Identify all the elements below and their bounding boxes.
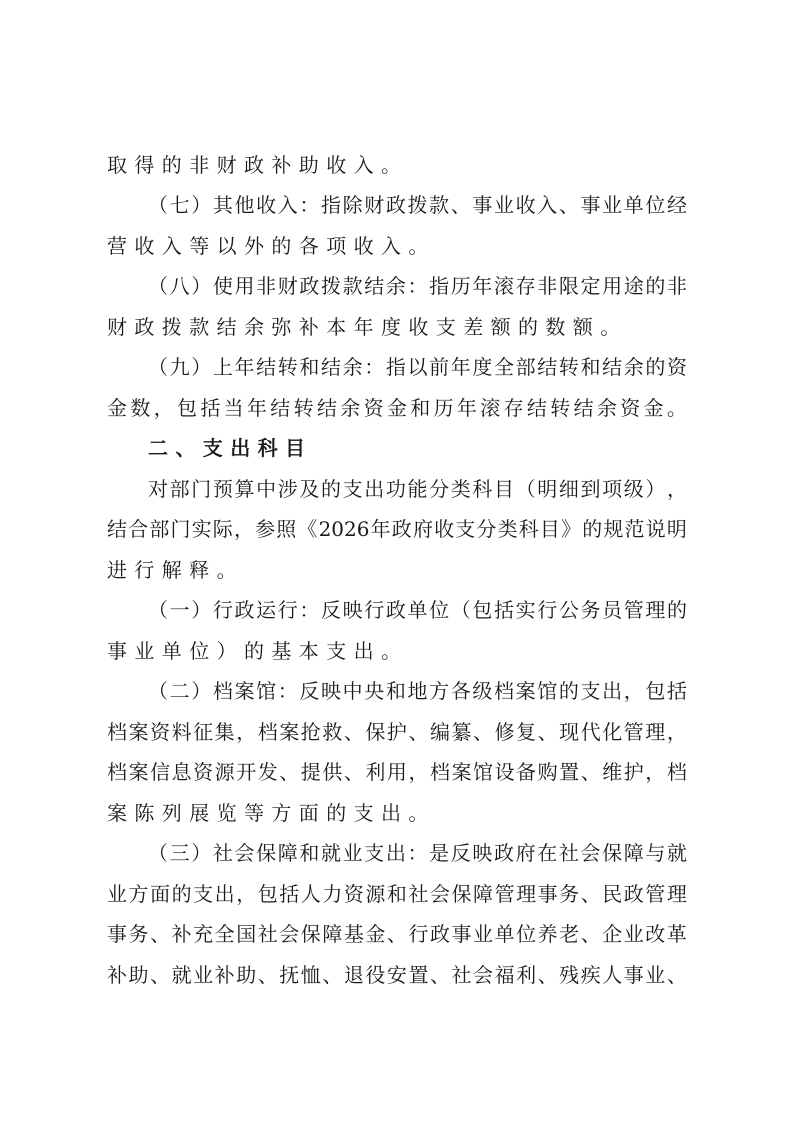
paragraph-line: 对部门预算中涉及的支出功能分类科目（明细到项级）， bbox=[148, 475, 687, 503]
document-page: 取得的非财政补助收入。 （七）其他收入：指除财政拨款、事业收入、事业单位经 营收… bbox=[0, 0, 793, 1122]
paragraph-line: 财政拨款结余弥补本年度收支差额的数额。 bbox=[107, 313, 687, 341]
paragraph-line: （八）使用非财政拨款结余：指历年滚存非限定用途的非 bbox=[148, 272, 687, 300]
paragraph-line: 补助、就业补助、抚恤、退役安置、社会福利、残疾人事业、 bbox=[107, 961, 687, 989]
paragraph-line: （九）上年结转和结余：指以前年度全部结转和结余的资 bbox=[148, 353, 687, 381]
paragraph-line: （二）档案馆：反映中央和地方各级档案馆的支出，包括 bbox=[148, 677, 687, 705]
paragraph-line: 金数，包括当年结转结余资金和历年滚存结转结余资金。 bbox=[107, 394, 687, 422]
paragraph-line: 事业单位）的基本支出。 bbox=[107, 637, 687, 665]
paragraph-line: 营收入等以外的各项收入。 bbox=[107, 232, 687, 260]
paragraph-line: 档案信息资源开发、提供、利用，档案馆设备购置、维护，档 bbox=[107, 758, 687, 786]
paragraph-line: （三）社会保障和就业支出：是反映政府在社会保障与就 bbox=[148, 839, 687, 867]
paragraph-line: 案陈列展览等方面的支出。 bbox=[107, 799, 687, 827]
paragraph-line: 档案资料征集，档案抢救、保护、编纂、修复、现代化管理， bbox=[107, 718, 687, 746]
paragraph-line: （一）行政运行：反映行政单位（包括实行公务员管理的 bbox=[148, 596, 687, 624]
paragraph-line: 事务、补充全国社会保障基金、行政事业单位养老、企业改革 bbox=[107, 920, 687, 948]
paragraph-line: 结合部门实际，参照《2026 年政府收支分类科目》的规范说明 bbox=[107, 515, 687, 543]
paragraph-line: 进行解释。 bbox=[107, 556, 687, 584]
paragraph-line: 取得的非财政补助收入。 bbox=[107, 151, 687, 179]
paragraph-line: （七）其他收入：指除财政拨款、事业收入、事业单位经 bbox=[148, 191, 687, 219]
section-heading: 二、支出科目 bbox=[148, 434, 687, 462]
paragraph-line: 业方面的支出，包括人力资源和社会保障管理事务、民政管理 bbox=[107, 880, 687, 908]
